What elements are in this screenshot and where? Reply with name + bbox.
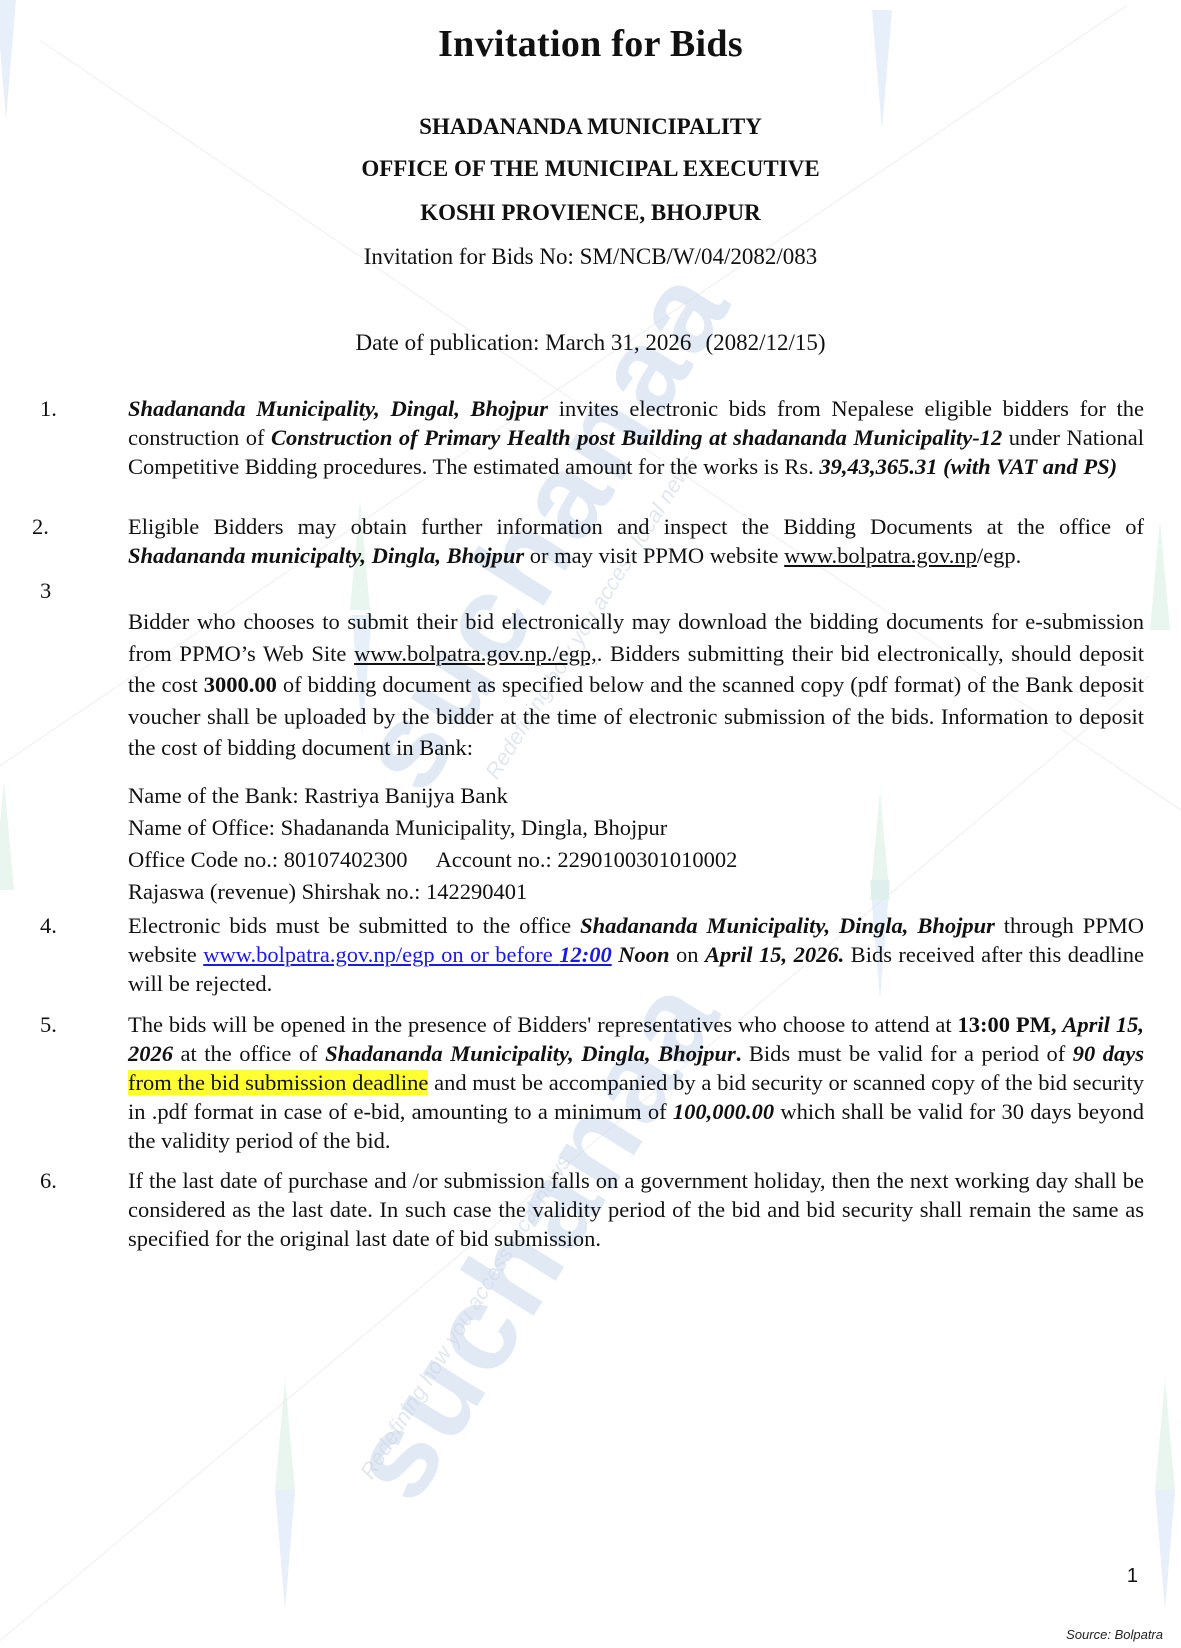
account-number: Account no.: 2290100301010002 [436, 847, 738, 872]
clause-text: Electronic bids must be submitted to the… [128, 911, 1144, 998]
bank-details: Name of the Bank: Rastriya Banijya Bank … [128, 780, 737, 908]
header-province: KOSHI PROVIENCE, BHOJPUR [0, 200, 1181, 226]
clause-text-part: /egp. [977, 543, 1021, 568]
clause-text-part: Electronic bids must be submitted to the… [128, 913, 580, 938]
clause-text: Shadananda Municipality, Dingal, Bhojpur… [128, 394, 1144, 481]
publication-date-label: Date of publication: March 31, 2026 [355, 330, 691, 355]
clause-text: If the last date of purchase and /or sub… [128, 1166, 1144, 1253]
estimated-amount: 39,43,365.31 (with VAT and PS) [819, 454, 1117, 479]
bank-name: Name of the Bank: Rastriya Banijya Bank [128, 780, 737, 812]
clause-text-part: Eligible Bidders may obtain further info… [128, 514, 1144, 539]
page-number: 1 [1127, 1565, 1138, 1588]
clause-text-part: of bidding document as specified below a… [128, 672, 1144, 760]
deadline-date: April 15, 2026. [705, 942, 844, 967]
source-credit: Source: Bolpatra [1066, 1627, 1163, 1642]
clause-text-part: on [670, 942, 705, 967]
employer-name: Shadananda Municipality, Dingal, Bhojpur [128, 396, 548, 421]
deadline-time-link[interactable]: 12:00 [559, 942, 612, 967]
highlighted-text: from the bid submission deadline [128, 1070, 428, 1095]
bank-office-name: Name of Office: Shadananda Municipality,… [128, 812, 737, 844]
office-name: Shadananda municipalty, Dingla, Bhojpur [128, 543, 524, 568]
header-municipality: SHADANANDA MUNICIPALITY [0, 114, 1181, 140]
clause-text: Bidder who chooses to submit their bid e… [128, 606, 1144, 764]
opening-time: 13:00 PM, [958, 1012, 1063, 1037]
clause-text-part: at the office of [173, 1041, 325, 1066]
bid-security-amount: 100,000.00 [673, 1099, 774, 1124]
clause-text-part: or may visit PPMO website [524, 543, 784, 568]
clause-text: The bids will be opened in the presence … [128, 1010, 1144, 1155]
revenue-head: Rajaswa (revenue) Shirshak no.: 14229040… [128, 876, 737, 908]
clause-number: 5. [40, 1010, 57, 1039]
office-name: Shadananda Municipality, Dingla, Bhojpur [325, 1041, 736, 1066]
clause-number: 4. [40, 911, 57, 940]
bid-reference-number: Invitation for Bids No: SM/NCB/W/04/2082… [0, 244, 1181, 270]
document-cost: 3000.00 [204, 672, 277, 697]
publication-date-nepali: (2082/12/15) [705, 330, 825, 355]
publication-date: Date of publication: March 31, 2026(2082… [0, 330, 1181, 356]
clause-number: 3 [40, 575, 51, 607]
header-office: OFFICE OF THE MUNICIPAL EXECUTIVE [0, 156, 1181, 182]
document-page: Invitation for Bids SHADANANDA MUNICIPAL… [0, 0, 1181, 1648]
clause-number: 6. [40, 1166, 57, 1195]
office-name: Shadananda Municipality, Dingla, Bhojpur [580, 913, 995, 938]
office-code: Office Code no.: 80107402300 [128, 847, 408, 872]
clause-text-part: Bids must be valid for a period of [741, 1041, 1072, 1066]
project-name: Construction of Primary Health post Buil… [271, 425, 1002, 450]
deadline-noon: Noon [612, 942, 670, 967]
validity-period: 90 days [1073, 1041, 1144, 1066]
egp-link[interactable]: www.bolpatra.gov.np/egp on or before [203, 942, 559, 967]
document-title: Invitation for Bids [0, 22, 1181, 66]
ppmo-website-link[interactable]: www.bolpatra.gov.np./egp, [354, 641, 597, 666]
clause-number: 1. [40, 394, 57, 423]
clause-text: Eligible Bidders may obtain further info… [128, 512, 1144, 570]
clause-text-part: The bids will be opened in the presence … [128, 1012, 958, 1037]
clause-number: 2. [32, 512, 49, 541]
ppmo-website-link[interactable]: www.bolpatra.gov.np [784, 543, 977, 568]
bank-codes: Office Code no.: 80107402300Account no.:… [128, 844, 737, 876]
